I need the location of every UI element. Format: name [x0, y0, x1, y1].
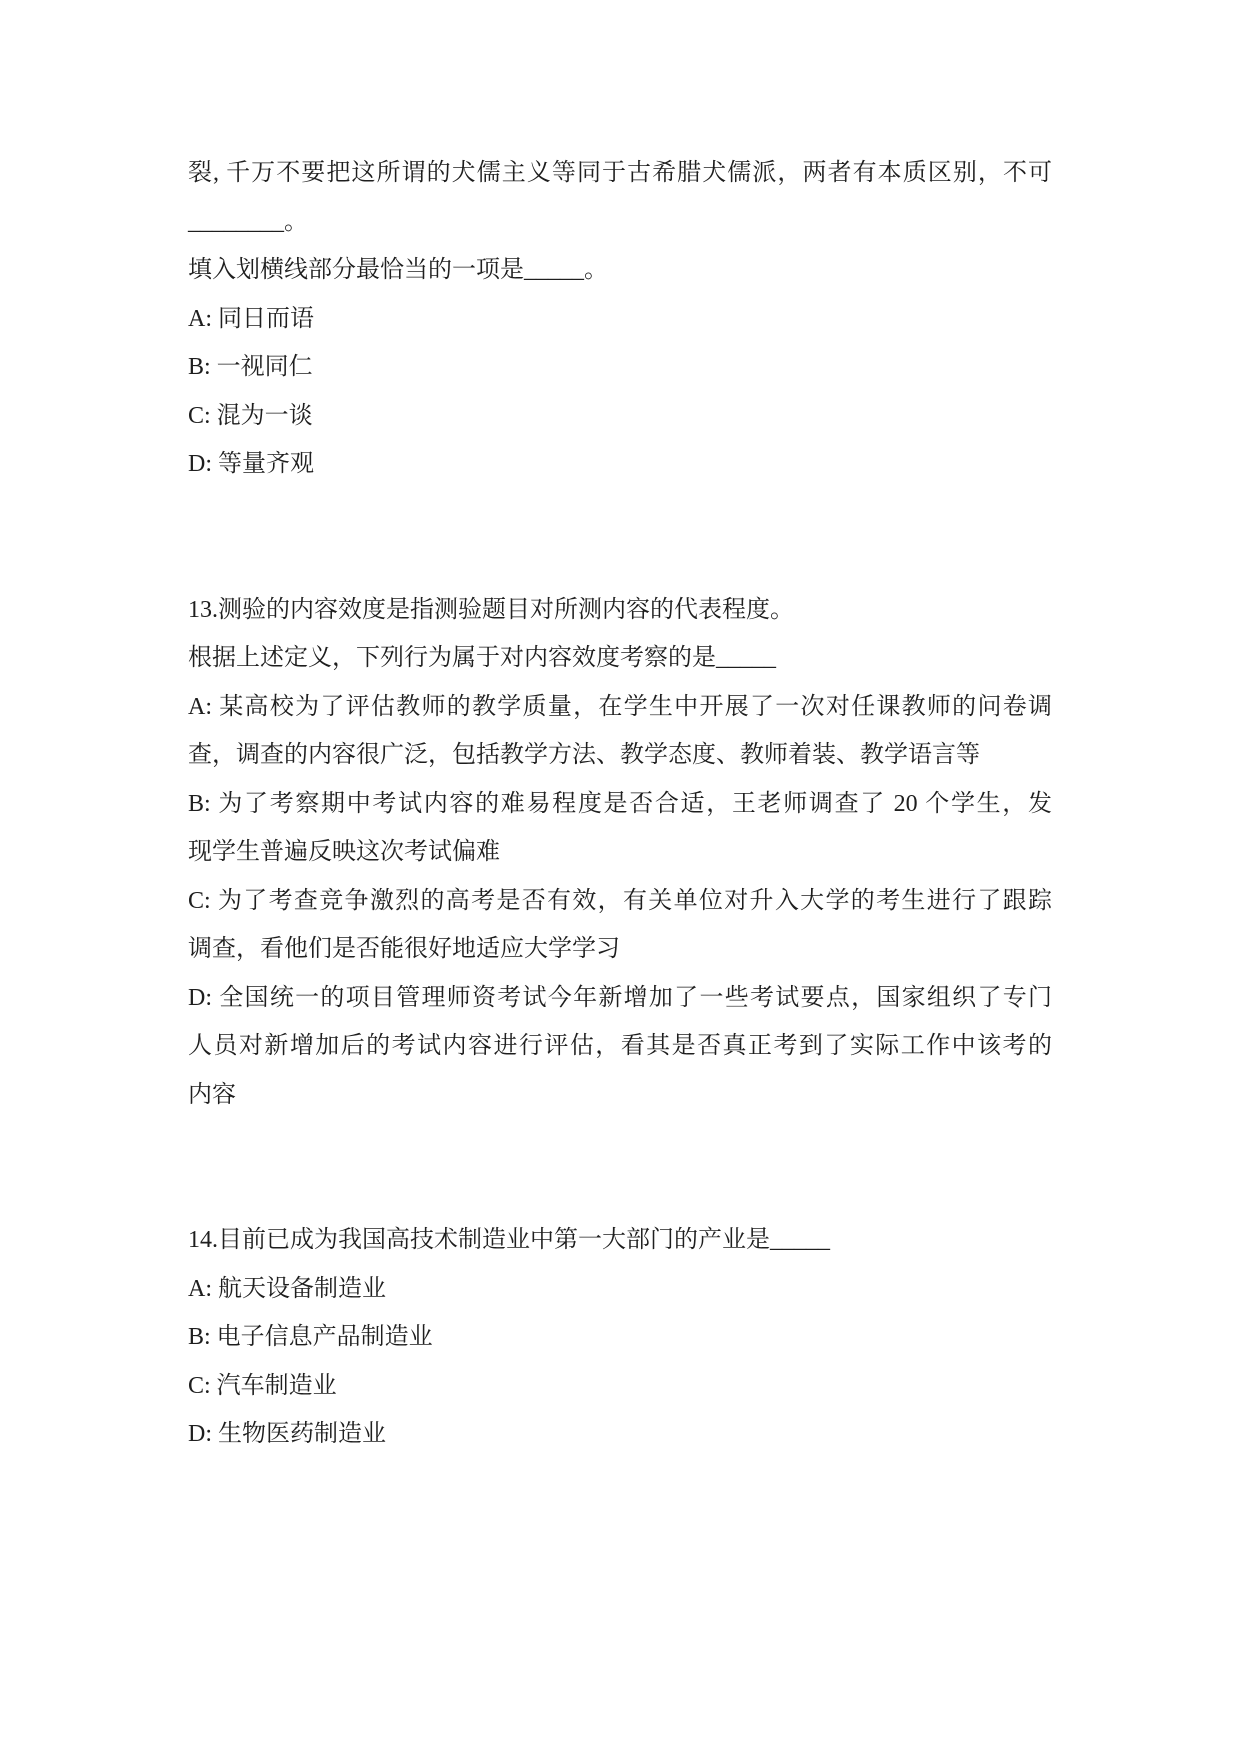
- q13-option-a-line1: A: 某高校为了评估教师的教学质量，在学生中开展了一次对任课教师的问卷调: [188, 683, 1052, 732]
- q12-option-d: D: 等量齐观: [188, 440, 1052, 489]
- q12-option-c: C: 混为一谈: [188, 392, 1052, 441]
- q14-option-b: B: 电子信息产品制造业: [188, 1313, 1052, 1362]
- question-12-continuation: 裂, 千万不要把这所谓的犬儒主义等同于古希腊犬儒派，两者有本质区别，不可____…: [188, 149, 1052, 489]
- q12-option-a: A: 同日而语: [188, 295, 1052, 344]
- q14-option-d: D: 生物医药制造业: [188, 1410, 1052, 1459]
- q13-option-c-line1: C: 为了考查竞争激烈的高考是否有效，有关单位对升入大学的考生进行了跟踪: [188, 877, 1052, 926]
- q13-option-b-line2: 现学生普遍反映这次考试偏难: [188, 828, 1052, 877]
- q13-option-d-line3: 内容: [188, 1071, 1052, 1120]
- q13-option-a-line2: 查，调查的内容很广泛，包括教学方法、教学态度、教师着装、教学语言等: [188, 731, 1052, 780]
- q12-option-b: B: 一视同仁: [188, 343, 1052, 392]
- q13-option-c-line2: 调查，看他们是否能很好地适应大学学习: [188, 925, 1052, 974]
- q12-stem-wrap-line: 裂, 千万不要把这所谓的犬儒主义等同于古希腊犬儒派，两者有本质区别，不可: [188, 149, 1052, 198]
- q13-option-b-line1: B: 为了考察期中考试内容的难易程度是否合适，王老师调查了 20 个学生，发: [188, 780, 1052, 829]
- question-13: 13.测验的内容效度是指测验题目对所测内容的代表程度。根据上述定义，下列行为属于…: [188, 586, 1052, 1120]
- q13-option-d-line2: 人员对新增加后的考试内容进行评估，看其是否真正考到了实际工作中该考的: [188, 1022, 1052, 1071]
- q12-prompt: 填入划横线部分最恰当的一项是_____。: [188, 246, 1052, 295]
- q12-stem-blank-line: ________。: [188, 198, 1052, 247]
- q14-option-a: A: 航天设备制造业: [188, 1265, 1052, 1314]
- question-14: 14.目前已成为我国高技术制造业中第一大部门的产业是_____A: 航天设备制造…: [188, 1216, 1052, 1459]
- q13-option-d-line1: D: 全国统一的项目管理师资考试今年新增加了一些考试要点，国家组织了专门: [188, 974, 1052, 1023]
- exam-document-page: 裂, 千万不要把这所谓的犬儒主义等同于古希腊犬儒派，两者有本质区别，不可____…: [0, 0, 1240, 1753]
- q13-prompt: 根据上述定义，下列行为属于对内容效度考察的是_____: [188, 634, 1052, 683]
- q13-definition: 13.测验的内容效度是指测验题目对所测内容的代表程度。: [188, 586, 1052, 635]
- q14-option-c: C: 汽车制造业: [188, 1362, 1052, 1411]
- q14-stem: 14.目前已成为我国高技术制造业中第一大部门的产业是_____: [188, 1216, 1052, 1265]
- exam-text-content: 裂, 千万不要把这所谓的犬儒主义等同于古希腊犬儒派，两者有本质区别，不可____…: [188, 149, 1052, 1459]
